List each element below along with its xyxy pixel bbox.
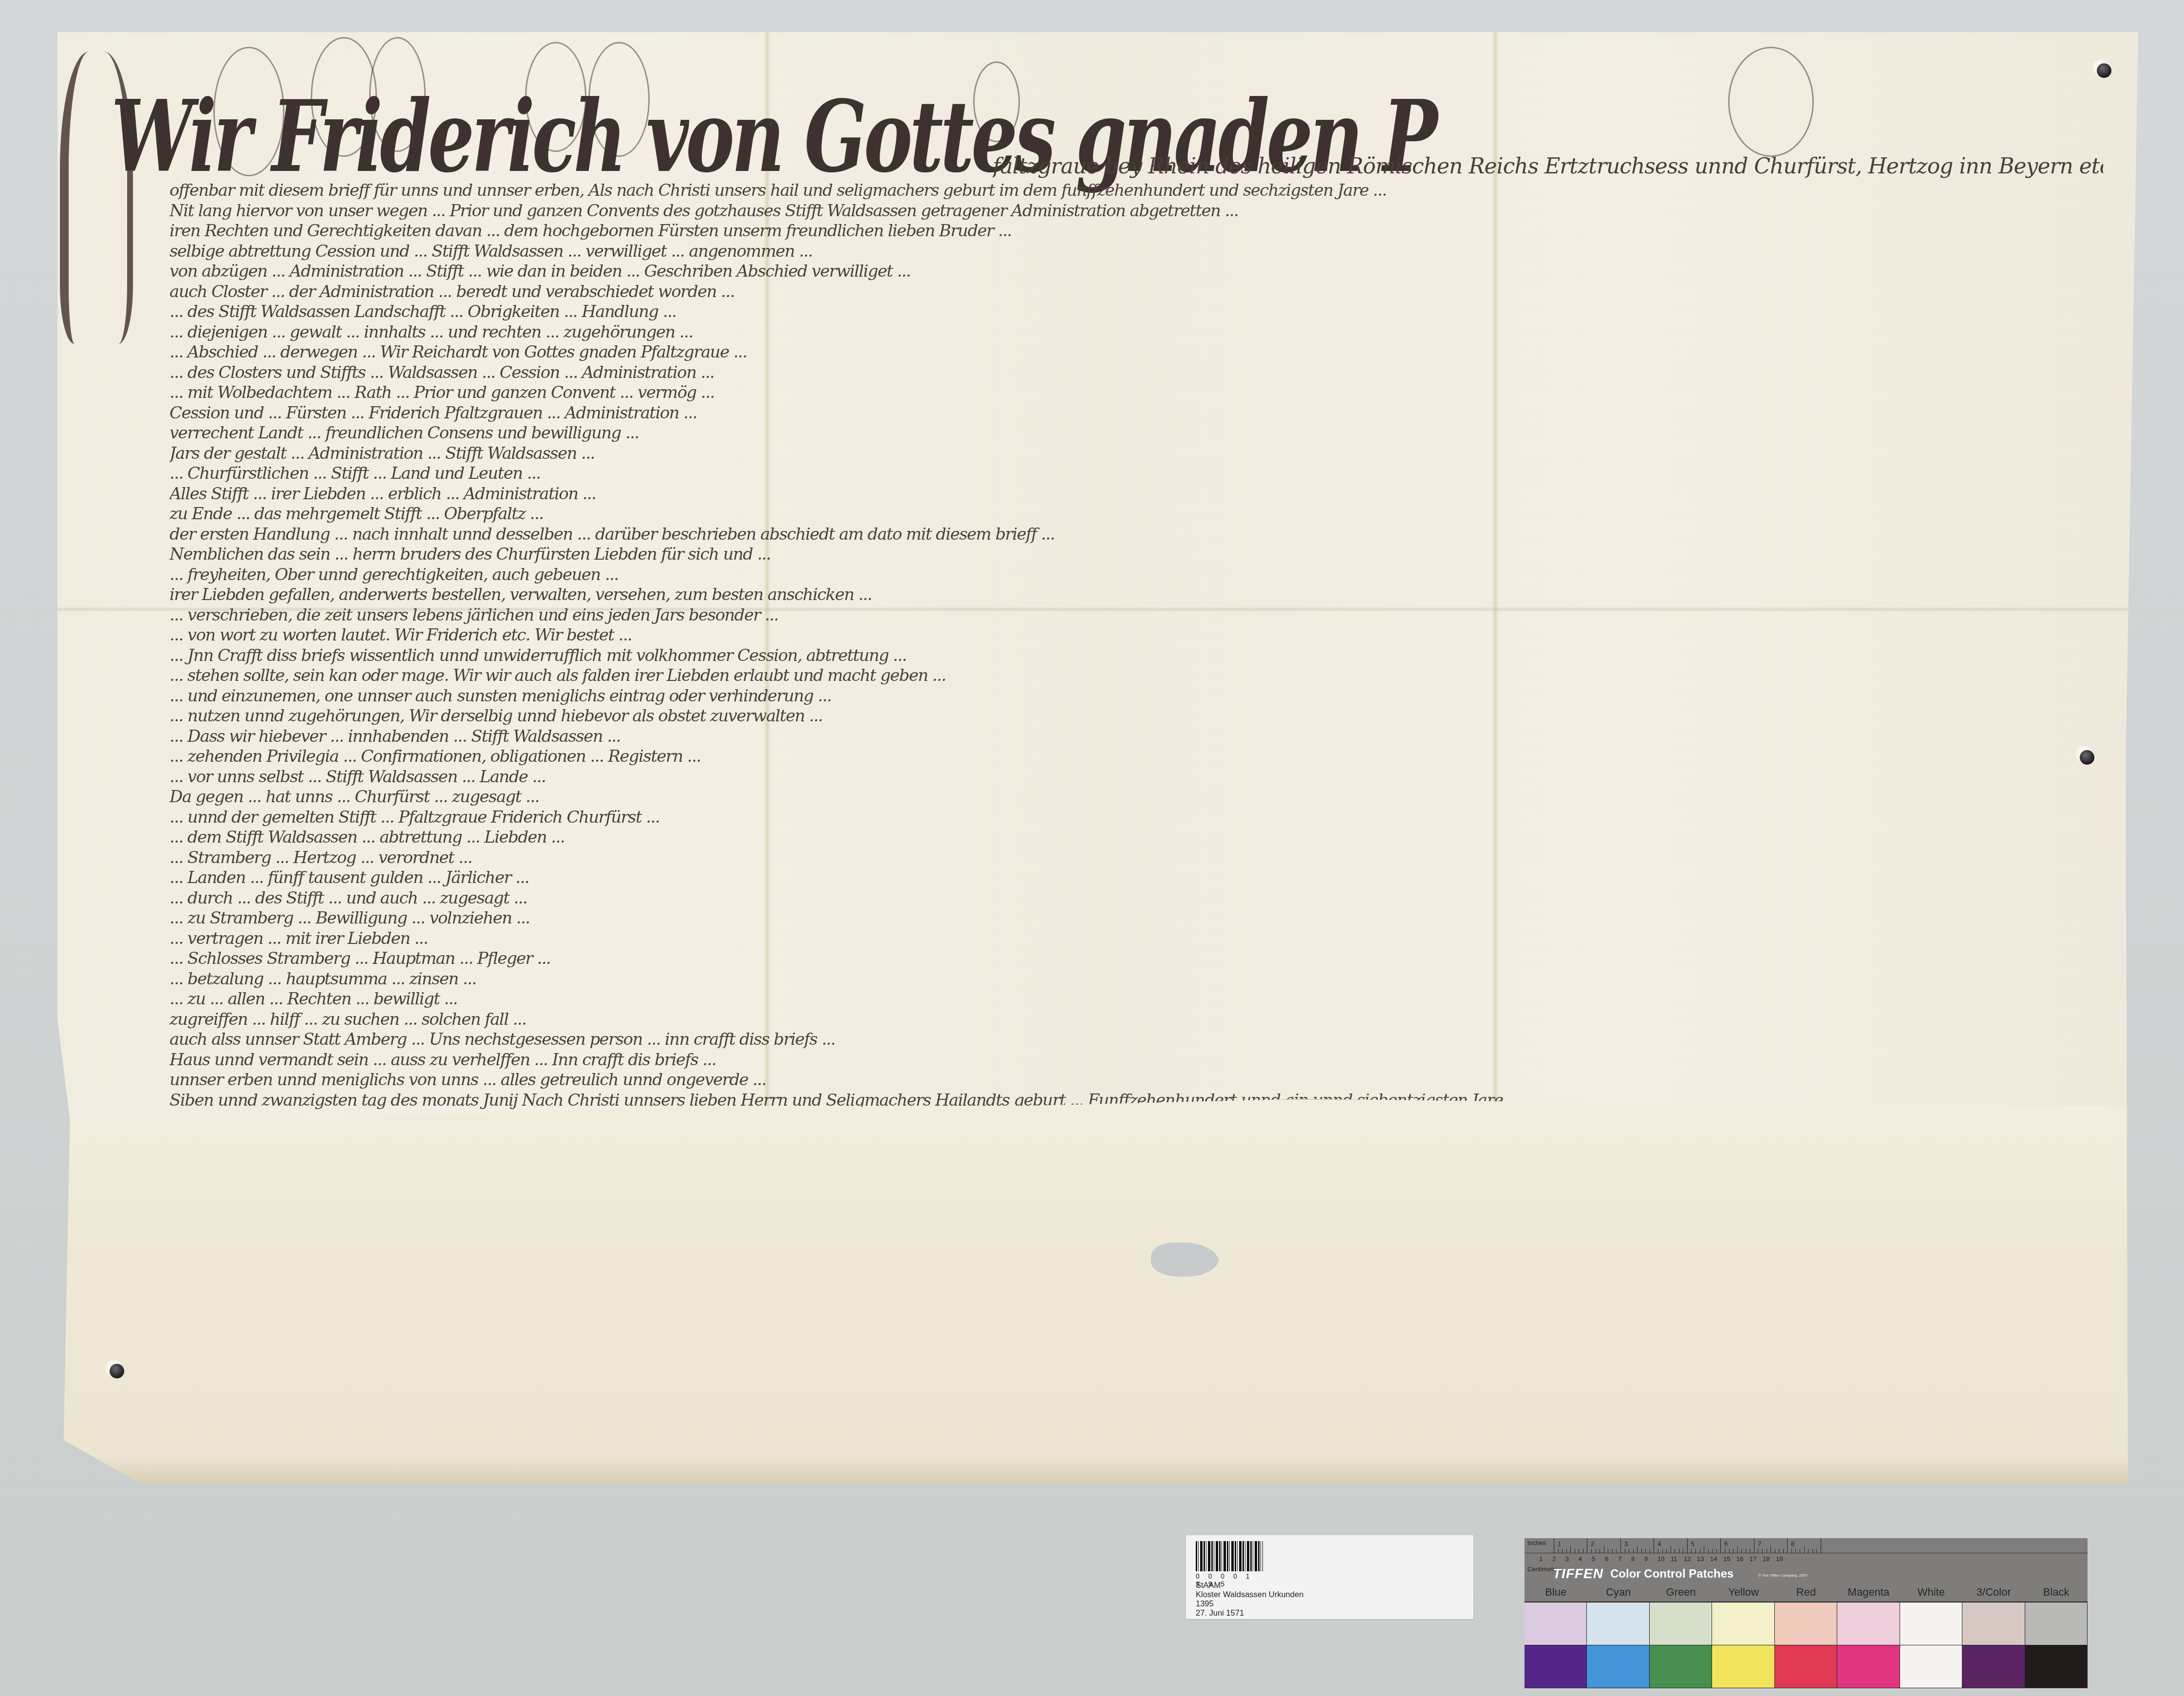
text-line: offenbar mit diesem brieff für unns und … xyxy=(169,181,2108,201)
text-line: Cession und ... Fürsten ... Friderich Pf… xyxy=(169,403,2108,424)
ruler-tick xyxy=(1654,1538,1654,1553)
ruler-tick xyxy=(1625,1549,1625,1553)
text-line: ... nutzen unnd zugehörungen, Wir dersel… xyxy=(169,706,2108,727)
seal-slit-hole xyxy=(1151,1243,1219,1281)
ruler-tick xyxy=(1604,1546,1604,1553)
ruler-tick xyxy=(1767,1549,1767,1553)
ruler-tick xyxy=(1620,1538,1621,1553)
ruler-tick xyxy=(1662,1549,1663,1553)
ruler-tick xyxy=(1658,1549,1658,1553)
label-archive: StAAM xyxy=(1196,1581,1303,1590)
chart-copyright: © The Tiffen Company, 2007 xyxy=(1758,1573,1808,1578)
text-line: unnser erben unnd meniglichs von unns ..… xyxy=(169,1070,2108,1091)
ruler-tick xyxy=(1762,1549,1763,1553)
ruler-tick xyxy=(1712,1549,1713,1553)
ruler-tick xyxy=(1787,1538,1788,1553)
cadel-flourish-b xyxy=(1728,47,1814,157)
text-line: ... betzalung ... hauptsumma ... zinsen … xyxy=(169,969,2108,990)
ruler-tick xyxy=(1808,1549,1808,1553)
ruler-tick xyxy=(1725,1549,1725,1553)
cm-tick-label: 5 xyxy=(1592,1555,1595,1563)
ruler-tick xyxy=(1741,1549,1742,1553)
label-date: 27. Juni 1571 xyxy=(1196,1609,1303,1618)
magnet-right-middle xyxy=(2080,750,2094,765)
tiffen-logo: TIFFEN xyxy=(1553,1566,1603,1582)
text-line: auch alss unnser Statt Amberg ... Uns ne… xyxy=(169,1030,2108,1050)
text-line: der ersten Handlung ... nach innhalt unn… xyxy=(169,525,2108,545)
parchment-charter: Wir Friderich von Gottes gnaden P faltzg… xyxy=(57,32,2138,1484)
ruler-tick xyxy=(1554,1538,1554,1553)
patch-name: 3/Color xyxy=(1962,1586,2025,1600)
text-line: ... freyheiten, Ober unnd gerechtigkeite… xyxy=(169,565,2108,585)
ruler-tick xyxy=(1570,1546,1571,1553)
text-line: auch Closter ... der Administration ... … xyxy=(169,282,2108,302)
ruler-tick xyxy=(1800,1549,1800,1553)
ruler-tick xyxy=(1704,1546,1704,1553)
cm-tick-label: 6 xyxy=(1605,1555,1608,1563)
ruler-tick xyxy=(1616,1549,1617,1553)
magnet-bottom-left xyxy=(110,1364,124,1378)
ruler-tick xyxy=(1637,1546,1638,1553)
ruler-tick xyxy=(1566,1549,1567,1553)
color-patch-magenta-dark xyxy=(1837,1645,1900,1688)
label-collection: Kloster Waldsassen Urkunden xyxy=(1196,1590,1303,1600)
ruler-tick xyxy=(1758,1549,1758,1553)
ruler-tick xyxy=(1775,1549,1775,1553)
color-patch-green-dark xyxy=(1650,1645,1712,1688)
plica-folded-edge xyxy=(57,1099,2138,1484)
color-patch-magenta-light xyxy=(1837,1602,1900,1645)
color-patch-3-color-dark xyxy=(1962,1645,2025,1688)
cm-tick-label: 17 xyxy=(1750,1555,1756,1563)
text-line: ... des Closters und Stiffts ... Waldsas… xyxy=(169,363,2108,383)
ruler-tick xyxy=(1596,1549,1596,1553)
cm-tick-label: 11 xyxy=(1671,1555,1677,1563)
color-patch-cyan-light xyxy=(1587,1602,1649,1645)
text-line: verrechent Landt ... freundlichen Consen… xyxy=(169,423,2108,444)
text-line: ... zu ... allen ... Rechten ... bewilli… xyxy=(169,989,2108,1010)
ruler-tick xyxy=(1720,1538,1721,1553)
cm-tick-label: 1 xyxy=(1539,1555,1543,1563)
inch-tick-label: 3 xyxy=(1624,1540,1628,1547)
text-line: ... vertragen ... mit irer Liebden ... xyxy=(169,929,2108,949)
ruler-tick xyxy=(1750,1549,1750,1553)
color-control-chart: Inches 1 2 3 4 5 6 7 8 1 2 3 4 5 6 7 8 9… xyxy=(1525,1538,2088,1688)
ruler-tick xyxy=(1671,1546,1671,1553)
text-line: ... unnd der gemelten Stifft ... Pfaltzg… xyxy=(169,808,2108,828)
ruler-tick xyxy=(1729,1549,1730,1553)
ruler-tick xyxy=(1666,1549,1667,1553)
text-line: ... Schlosses Stramberg ... Hauptman ...… xyxy=(169,949,2108,969)
ruler-tick xyxy=(1629,1549,1629,1553)
color-patch-red-light xyxy=(1775,1602,1837,1645)
ruler-tick xyxy=(1695,1549,1696,1553)
ruler-tick xyxy=(1804,1546,1805,1553)
ruler-tick xyxy=(1583,1549,1583,1553)
cm-tick-label: 16 xyxy=(1736,1555,1743,1563)
patch-name: Yellow xyxy=(1712,1586,1774,1600)
text-line: ... Jnn Crafft diss briefs wissentlich u… xyxy=(169,646,2108,666)
text-line: Alles Stifft ... irer Liebden ... erblic… xyxy=(169,484,2108,505)
text-line: ... Landen ... fünff tausent gulden ... … xyxy=(169,868,2108,888)
text-line: ... Abschied ... derwegen ... Wir Reicha… xyxy=(169,342,2108,363)
ruler-tick xyxy=(1579,1549,1579,1553)
cm-tick-label: 4 xyxy=(1579,1555,1582,1563)
color-patch-3-color-light xyxy=(1962,1602,2025,1645)
text-line: Da gegen ... hat unns ... Churfürst ... … xyxy=(169,787,2108,808)
ruler-tick xyxy=(1816,1549,1817,1553)
color-patch-black-light xyxy=(2025,1602,2088,1645)
inch-tick-label: 2 xyxy=(1591,1540,1594,1547)
ruler-tick xyxy=(1633,1549,1634,1553)
text-line: von abzügen ... Administration ... Stiff… xyxy=(169,262,2108,282)
inch-tick-label: 5 xyxy=(1691,1540,1694,1547)
ruler-tick xyxy=(1675,1549,1675,1553)
ruler-tick xyxy=(1587,1538,1587,1553)
patch-name: White xyxy=(1900,1586,1962,1600)
color-patch-black-dark xyxy=(2025,1645,2088,1688)
ruler-tick xyxy=(1754,1538,1754,1553)
archive-label: 0 0 0 0 1 3 9 5 StAAM Kloster Waldsassen… xyxy=(1186,1535,1473,1619)
text-line: ... Dass wir hiebever ... innhabenden ..… xyxy=(169,727,2108,747)
text-line: ... des Stifft Waldsassen Landschafft ..… xyxy=(169,302,2108,322)
ruler-tick xyxy=(1558,1549,1559,1553)
patch-name: Magenta xyxy=(1837,1586,1900,1600)
ruler-tick xyxy=(1612,1549,1613,1553)
ruler-tick xyxy=(1746,1549,1746,1553)
text-line: zugreiffen ... hilff ... zu suchen ... s… xyxy=(169,1010,2108,1030)
text-line: ... durch ... des Stifft ... und auch ..… xyxy=(169,888,2108,909)
text-line: iren Rechten und Gerechtigkeiten davan .… xyxy=(169,221,2108,242)
color-patch-yellow-light xyxy=(1712,1602,1774,1645)
color-patch-cyan-dark xyxy=(1587,1645,1649,1688)
text-line: ... zu Stramberg ... Bewilligung ... vol… xyxy=(169,908,2108,929)
ruler-tick xyxy=(1600,1549,1600,1553)
inch-tick-label: 8 xyxy=(1791,1540,1794,1547)
cm-tick-label: 14 xyxy=(1710,1555,1717,1563)
cm-tick-label: 15 xyxy=(1723,1555,1730,1563)
ruler-tick xyxy=(1562,1549,1563,1553)
patch-names-row: Blue Cyan Green Yellow Red Magenta White… xyxy=(1525,1586,2088,1600)
charter-title-continuation: faltzgraue bey Rhein des heiligen Römisc… xyxy=(993,154,2103,179)
barcode xyxy=(1196,1541,1263,1571)
ruler-tick xyxy=(1591,1549,1592,1553)
text-line: ... Stramberg ... Hertzog ... verordnet … xyxy=(169,848,2108,868)
text-line: zu Ende ... das mehrgemelt Stifft ... Ob… xyxy=(169,504,2108,525)
text-line: ... Churfürstlichen ... Stifft ... Land … xyxy=(169,464,2108,484)
color-patch-yellow-dark xyxy=(1712,1645,1774,1688)
patch-name: Blue xyxy=(1525,1586,1587,1600)
ruler-tick xyxy=(1716,1549,1717,1553)
ruler-tick xyxy=(1770,1546,1771,1553)
text-line: ... und einzunemen, one unnser auch suns… xyxy=(169,686,2108,707)
charter-body-text: offenbar mit diesem brieff für unns und … xyxy=(169,181,2108,1111)
plica-shadow xyxy=(57,1454,2138,1484)
cm-tick-label: 12 xyxy=(1684,1555,1691,1563)
inch-tick-label: 7 xyxy=(1758,1540,1761,1547)
color-patch-blue-dark xyxy=(1525,1645,1587,1688)
inch-tick-label: 1 xyxy=(1558,1540,1561,1547)
patch-name: Green xyxy=(1650,1586,1712,1600)
text-line: ... mit Wolbedachtem ... Rath ... Prior … xyxy=(169,383,2108,403)
patch-name: Red xyxy=(1775,1586,1837,1600)
text-line: irer Liebden gefallen, anderwerts bestel… xyxy=(169,585,2108,605)
cm-tick-label: 18 xyxy=(1763,1555,1770,1563)
patch-name: Black xyxy=(2025,1586,2088,1600)
cm-tick-label: 3 xyxy=(1565,1555,1569,1563)
text-line: ... diejenigen ... gewalt ... innhalts .… xyxy=(169,322,2108,343)
ruler-tick xyxy=(1641,1549,1642,1553)
ruler-tick xyxy=(1821,1538,1821,1553)
text-line: selbige abtrettung Cession und ... Stiff… xyxy=(169,242,2108,262)
ruler-tick xyxy=(1779,1549,1779,1553)
text-line: Nit lang hiervor von unser wegen ... Pri… xyxy=(169,201,2108,222)
color-patch-green-light xyxy=(1650,1602,1712,1645)
ruler-tick xyxy=(1608,1549,1608,1553)
text-line: Nemblichen das sein ... herrn bruders de… xyxy=(169,545,2108,565)
text-line: ... vor unns selbst ... Stifft Waldsasse… xyxy=(169,767,2108,788)
text-line: ... von wort zu worten lautet. Wir Fride… xyxy=(169,625,2108,646)
ruler-tick xyxy=(1645,1549,1646,1553)
ruler-tick xyxy=(1783,1549,1784,1553)
ruler-tick xyxy=(1700,1549,1700,1553)
ruler-tick xyxy=(1691,1549,1692,1553)
chart-title: Color Control Patches xyxy=(1610,1567,1733,1581)
cm-tick-label: 9 xyxy=(1644,1555,1648,1563)
text-line: ... stehen sollte, sein kan oder mage. W… xyxy=(169,666,2108,686)
color-patch-white-dark xyxy=(1900,1645,1962,1688)
ruler-tick xyxy=(1683,1549,1683,1553)
ruler-tick xyxy=(1679,1549,1679,1553)
ruler-tick xyxy=(1687,1538,1688,1553)
ruler-tick xyxy=(1812,1549,1813,1553)
inch-tick-label: 6 xyxy=(1724,1540,1728,1547)
ruler-tick xyxy=(1737,1546,1738,1553)
label-text: StAAM Kloster Waldsassen Urkunden 1395 2… xyxy=(1196,1581,1303,1618)
label-number: 1395 xyxy=(1196,1600,1303,1609)
color-patches-grid xyxy=(1525,1602,2088,1688)
cm-tick-label: 2 xyxy=(1552,1555,1556,1563)
inch-tick-label: 4 xyxy=(1657,1540,1661,1547)
color-patch-white-light xyxy=(1900,1602,1962,1645)
text-line: Jars der gestalt ... Administration ... … xyxy=(169,444,2108,464)
patch-name: Cyan xyxy=(1587,1586,1649,1600)
ruler-inches: Inches 1 2 3 4 5 6 7 8 xyxy=(1525,1538,2088,1553)
cm-tick-label: 19 xyxy=(1776,1555,1783,1563)
text-line: Haus unnd vermandt sein ... auss zu verh… xyxy=(169,1050,2108,1071)
ruler-centimetres: 1 2 3 4 5 6 7 8 9 10 11 12 13 14 15 16 1… xyxy=(1525,1553,2088,1564)
ruler-tick xyxy=(1733,1549,1733,1553)
text-line: ... zehenden Privilegia ... Confirmation… xyxy=(169,747,2108,767)
color-patch-blue-light xyxy=(1525,1602,1587,1645)
ruler-tick xyxy=(1795,1549,1796,1553)
ruler-tick xyxy=(1791,1549,1792,1553)
text-line: ... verschrieben, die zeit unsers lebens… xyxy=(169,605,2108,626)
magnet-top-right xyxy=(2097,63,2111,78)
ruler-tick xyxy=(1575,1549,1575,1553)
cm-tick-label: 8 xyxy=(1631,1555,1635,1563)
color-patch-red-dark xyxy=(1775,1645,1837,1688)
cm-tick-label: 13 xyxy=(1697,1555,1704,1563)
text-line: ... dem Stifft Waldsassen ... abtrettung… xyxy=(169,828,2108,848)
cm-tick-label: 10 xyxy=(1657,1555,1664,1563)
ruler-tick xyxy=(1708,1549,1709,1553)
cm-tick-label: 7 xyxy=(1618,1555,1621,1563)
ruler-tick xyxy=(1650,1549,1650,1553)
ruler-inches-label: Inches xyxy=(1527,1539,1546,1546)
